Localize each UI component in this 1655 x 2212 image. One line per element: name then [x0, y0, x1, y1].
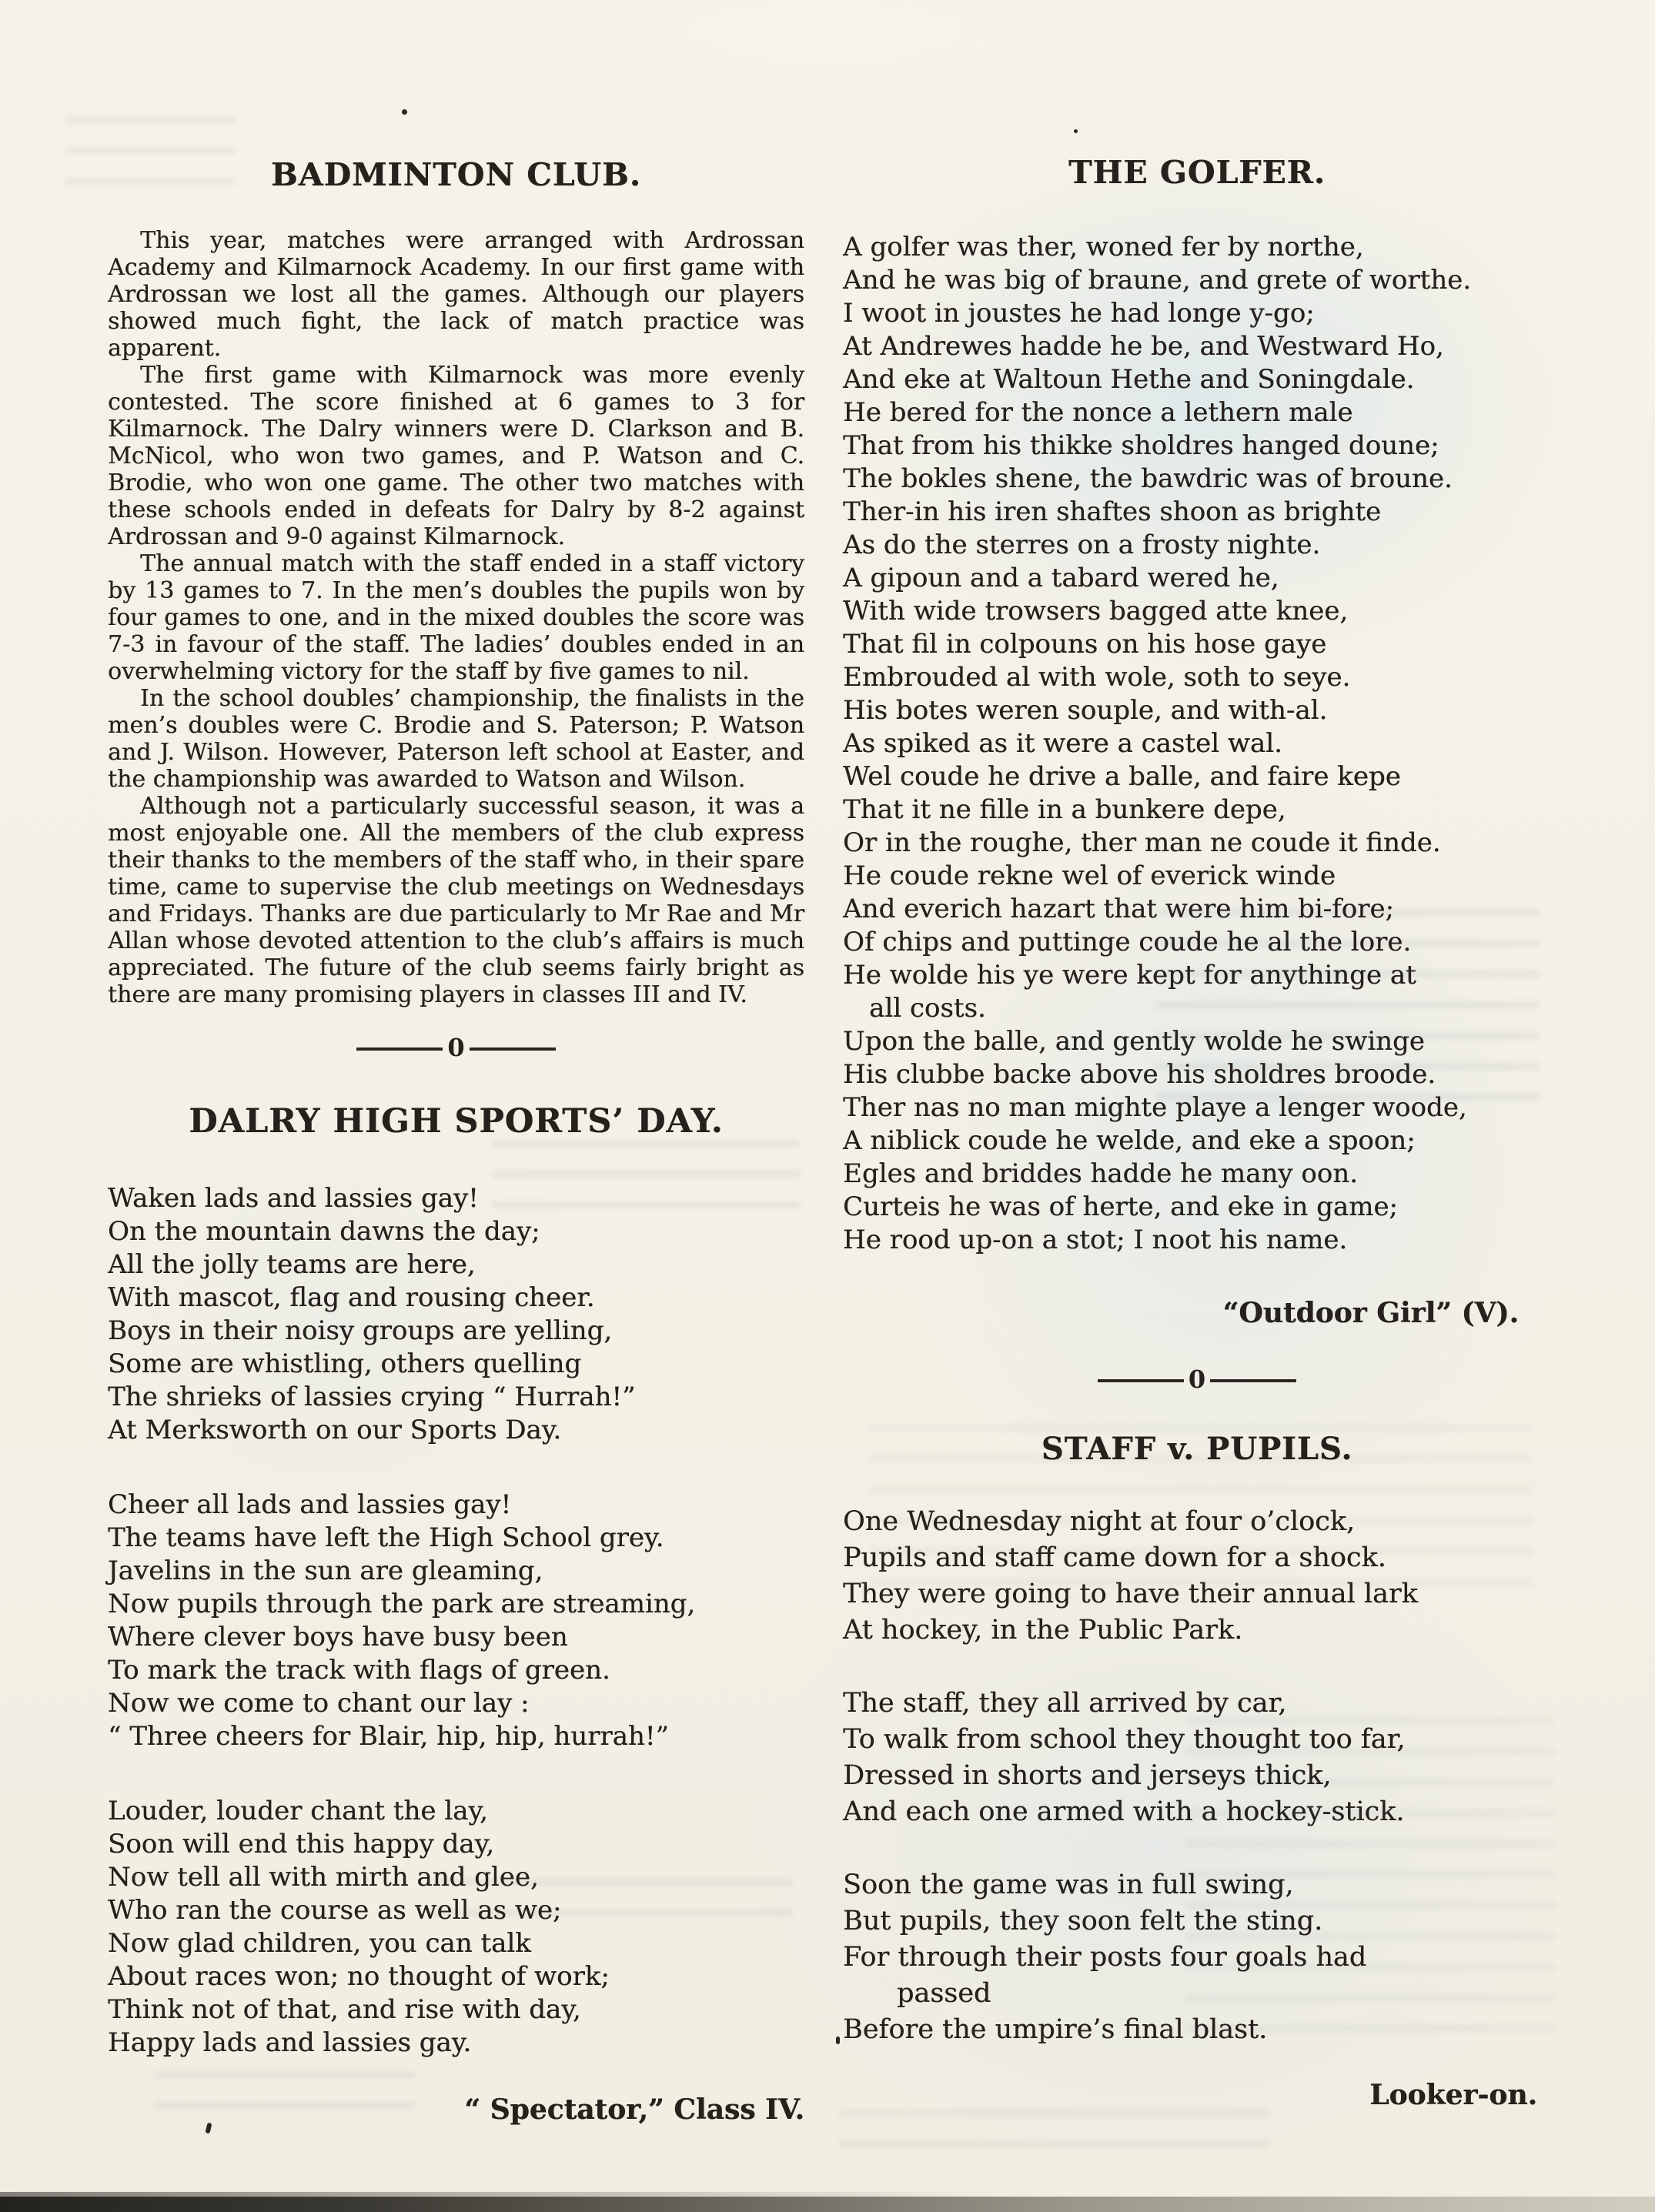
stanza: One Wednesday night at four o’clock,Pupi… [843, 1504, 1551, 1649]
poem-line: To walk from school they thought too far… [843, 1722, 1551, 1758]
poem-line: At hockey, in the Public Park. [843, 1612, 1551, 1649]
poem-line: Dressed in shorts and jerseys thick, [843, 1758, 1551, 1794]
sports-day-poem: Waken lads and lassies gay!On the mounta… [108, 1182, 804, 2060]
poem-line: But pupils, they soon felt the sting. [843, 1903, 1551, 1940]
badminton-section: BADMINTON CLUB. This year, matches were … [108, 156, 804, 1008]
poem-line: Egles and briddes hadde he many oon. [843, 1158, 1551, 1191]
badminton-paragraph: The annual match with the staff ended in… [108, 550, 804, 685]
poem-line: His clubbe backe above his sholdres broo… [843, 1058, 1551, 1091]
poem-line: Upon the balle, and gently wolde he swin… [843, 1025, 1551, 1058]
badminton-body: This year, matches were arranged with Ar… [108, 227, 804, 1008]
poem-line: They were going to have their annual lar… [843, 1576, 1551, 1612]
poem-line: Now tell all with mirth and glee, [108, 1861, 804, 1894]
poem-line: all costs. [843, 992, 1551, 1025]
sports-day-attribution: “ Spectator,” Class IV. [108, 2093, 804, 2126]
staff-v-pupils-attribution: Looker-on. [843, 2079, 1551, 2111]
poem-line: The teams have left the High School grey… [108, 1522, 804, 1555]
poem-line: That from his thikke sholdres hanged dou… [843, 429, 1551, 463]
left-column: BADMINTON CLUB. This year, matches were … [108, 0, 804, 2126]
golfer-section: THE GOLFER. A golfer was ther, woned fer… [843, 154, 1551, 1329]
stanza: Louder, louder chant the lay,Soon will e… [108, 1795, 804, 2060]
poem-line: Now glad children, you can talk [108, 1927, 804, 1960]
poem-line: He coude rekne wel of everick winde [843, 860, 1551, 893]
poem-line: Who ran the course as well as we; [108, 1894, 804, 1927]
poem-line: Soon will end this happy day, [108, 1828, 804, 1861]
stanza: Waken lads and lassies gay!On the mounta… [108, 1182, 804, 1447]
poem-line: A gipoun and a tabard wered he, [843, 562, 1551, 595]
poem-line: A golfer was ther, woned fer by northe, [843, 231, 1551, 264]
poem-line: Waken lads and lassies gay! [108, 1182, 804, 1215]
poem-line: Louder, louder chant the lay, [108, 1795, 804, 1828]
poem-line: Ther nas no man mighte playe a lenger wo… [843, 1091, 1551, 1124]
section-divider: 0 [843, 1368, 1551, 1394]
golfer-attribution: “Outdoor Girl” (V). [843, 1297, 1551, 1329]
poem-line: One Wednesday night at four o’clock, [843, 1504, 1551, 1540]
poem-line: Of chips and puttinge coude he al the lo… [843, 926, 1551, 959]
poem-line: Wel coude he drive a balle, and faire ke… [843, 760, 1551, 794]
staff-v-pupils-poem: One Wednesday night at four o’clock,Pupi… [843, 1504, 1551, 2048]
poem-line: Now pupils through the park are streamin… [108, 1588, 804, 1621]
poem-line: At Merksworth on our Sports Day. [108, 1414, 804, 1447]
divider-rule-left [356, 1048, 443, 1051]
poem-line: He wolde his ye were kept for anythinge … [843, 959, 1551, 992]
badminton-paragraph: Although not a particularly successful s… [108, 793, 804, 1008]
poem-line: Embrouded al with wole, soth to seye. [843, 661, 1551, 694]
poem-line: Boys in their noisy groups are yelling, [108, 1315, 804, 1348]
poem-line: Javelins in the sun are gleaming, [108, 1555, 804, 1588]
golfer-poem: A golfer was ther, woned fer by northe,A… [843, 231, 1551, 1257]
poem-line: About races won; no thought of work; [108, 1960, 804, 1993]
poem-line: On the mountain dawns the day; [108, 1215, 804, 1248]
golfer-heading: THE GOLFER. [843, 154, 1551, 191]
poem-line: As do the sterres on a frosty nighte. [843, 529, 1551, 562]
stanza: The staff, they all arrived by car,To wa… [843, 1686, 1551, 1830]
poem-line: The staff, they all arrived by car, [843, 1686, 1551, 1722]
staff-v-pupils-heading: STAFF v. PUPILS. [843, 1431, 1551, 1467]
poem-line: To mark the track with flags of green. [108, 1654, 804, 1687]
divider-rule-left [1098, 1379, 1184, 1382]
badminton-paragraph: In the school doubles’ championship, the… [108, 685, 804, 793]
poem-line: Some are whistling, others quelling [108, 1348, 804, 1381]
poem-line: The shrieks of lassies crying “ Hurrah!” [108, 1381, 804, 1414]
divider-ornament: 0 [447, 1035, 464, 1060]
poem-line: Or in the roughe, ther man ne coude it f… [843, 827, 1551, 860]
divider-ornament: 0 [1189, 1367, 1205, 1392]
staff-v-pupils-section: STAFF v. PUPILS. One Wednesday night at … [843, 1431, 1551, 2111]
badminton-paragraph: The first game with Kilmarnock was more … [108, 362, 804, 550]
poem-line: Now we come to chant our lay : [108, 1687, 804, 1720]
poem-line: Where clever boys have busy been [108, 1621, 804, 1654]
poem-line: A niblick coude he welde, and eke a spoo… [843, 1124, 1551, 1158]
stanza: Soon the game was in full swing,But pupi… [843, 1867, 1551, 2048]
poem-line: Ther-in his iren shaftes shoon as bright… [843, 496, 1551, 529]
poem-line: All the jolly teams are here, [108, 1248, 804, 1281]
poem-line: He rood up-on a stot; I noot his name. [843, 1224, 1551, 1257]
poem-line: Think not of that, and rise with day, [108, 1993, 804, 2027]
sports-day-heading: DALRY HIGH SPORTS’ DAY. [108, 1102, 804, 1141]
divider-rule-right [1210, 1379, 1296, 1382]
poem-line: At Andrewes hadde he be, and Westward Ho… [843, 330, 1551, 363]
poem-line: And eke at Waltoun Hethe and Soningdale. [843, 363, 1551, 396]
poem-line: With wide trowsers bagged atte knee, [843, 595, 1551, 628]
badminton-heading: BADMINTON CLUB. [108, 156, 804, 193]
poem-line: Pupils and staff came down for a shock. [843, 1540, 1551, 1576]
poem-line: With mascot, flag and rousing cheer. [108, 1281, 804, 1315]
stanza: Cheer all lads and lassies gay!The teams… [108, 1489, 804, 1753]
poem-line: Happy lads and lassies gay. [108, 2027, 804, 2060]
poem-line: His botes weren souple, and with-al. [843, 694, 1551, 727]
badminton-paragraph: This year, matches were arranged with Ar… [108, 227, 804, 362]
poem-line: Curteis he was of herte, and eke in game… [843, 1191, 1551, 1224]
poem-line: For through their posts four goals had [843, 1940, 1551, 1976]
poem-line: And each one armed with a hockey-stick. [843, 1794, 1551, 1830]
poem-line: As spiked as it were a castel wal. [843, 727, 1551, 760]
poem-line: That fil in colpouns on his hose gaye [843, 628, 1551, 661]
magazine-page: BADMINTON CLUB. This year, matches were … [0, 0, 1655, 2212]
poem-line: That it ne fille in a bunkere depe, [843, 794, 1551, 827]
poem-line: Before the umpire’s final blast. [843, 2012, 1551, 2048]
poem-line: He bered for the nonce a lethern male [843, 396, 1551, 429]
poem-line: “ Three cheers for Blair, hip, hip, hurr… [108, 1720, 804, 1753]
right-column: THE GOLFER. A golfer was ther, woned fer… [843, 0, 1551, 2126]
poem-line: The bokles shene, the bawdric was of bro… [843, 463, 1551, 496]
poem-line: passed [843, 1976, 1551, 2012]
poem-line: And he was big of braune, and grete of w… [843, 264, 1551, 297]
divider-rule-right [470, 1048, 556, 1051]
sports-day-section: DALRY HIGH SPORTS’ DAY. Waken lads and l… [108, 1102, 804, 2126]
poem-line: And everich hazart that were him bi-fore… [843, 893, 1551, 926]
section-divider: 0 [108, 1036, 804, 1062]
poem-line: Soon the game was in full swing, [843, 1867, 1551, 1903]
scan-edge-shadow [0, 2197, 1655, 2212]
poem-line: I woot in joustes he had longe y-go; [843, 297, 1551, 330]
poem-line: Cheer all lads and lassies gay! [108, 1489, 804, 1522]
